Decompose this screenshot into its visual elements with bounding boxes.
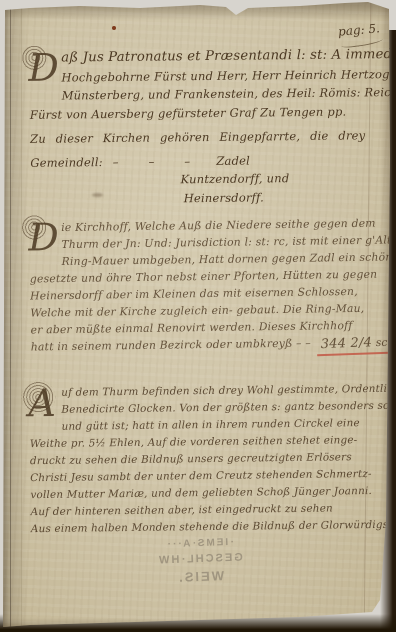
paragraph-patronatus: D aß Jus Patronatus et Præsentandi l: st… [29, 46, 387, 209]
torn-top-edge-shadow [0, 0, 396, 20]
stamp-line: GESCHL·HW [110, 550, 290, 568]
measurement-prefix: hatt in seinem runden Bezirck oder umbkr… [31, 335, 311, 356]
manuscript-page: pag: 5. D aß Jus Patronatus et Præsentan… [0, 0, 396, 632]
village-name: Zadel [216, 151, 250, 170]
fold-crease-left [21, 0, 22, 632]
initial-letter: A [28, 380, 56, 426]
binding-gutter-line [10, 0, 11, 632]
drop-cap-initial: D [19, 45, 59, 91]
filler-dashes: – – – [113, 152, 191, 171]
village-name: Heinersdorff. [184, 187, 387, 208]
drop-cap-initial: D [19, 214, 60, 261]
village-list-label: Gemeindell: [30, 153, 103, 172]
binding-gutter-shadow [0, 0, 28, 632]
manuscript-scan: pag: 5. D aß Jus Patronatus et Præsentan… [0, 0, 396, 632]
manuscript-line: Zu dieser Kirchen gehören Eingepfarrte, … [30, 126, 386, 148]
paragraph-glocken: A uf dem Thurm befinden sich drey Wohl g… [29, 381, 387, 538]
manuscript-line: Aus einem halben Monden stehende die Bil… [31, 517, 387, 538]
initial-letter: D [28, 214, 59, 260]
measurement-number: 344 2/4 [321, 335, 373, 352]
stamp-line: WEIS. [110, 566, 290, 587]
measurement-line: hatt in seinem runden Bezirck oder umbkr… [31, 334, 387, 359]
drop-cap-initial: A [19, 380, 60, 426]
stamp-line: ·IEMS·A··· [109, 535, 289, 552]
paragraph-kirchhoff: D ie Kirchhoff, Welche Auß die Niedere s… [29, 215, 387, 359]
bleed-through-stamp: ·IEMS·A··· GESCHL·HW WEIS. [109, 535, 290, 587]
village-name: Kuntzendorff, und [180, 168, 386, 189]
initial-letter: D [28, 45, 59, 91]
ink-dot-stain [112, 26, 116, 30]
manuscript-line: Fürst von Auersberg gefürsteter Graf Zu … [30, 102, 386, 124]
